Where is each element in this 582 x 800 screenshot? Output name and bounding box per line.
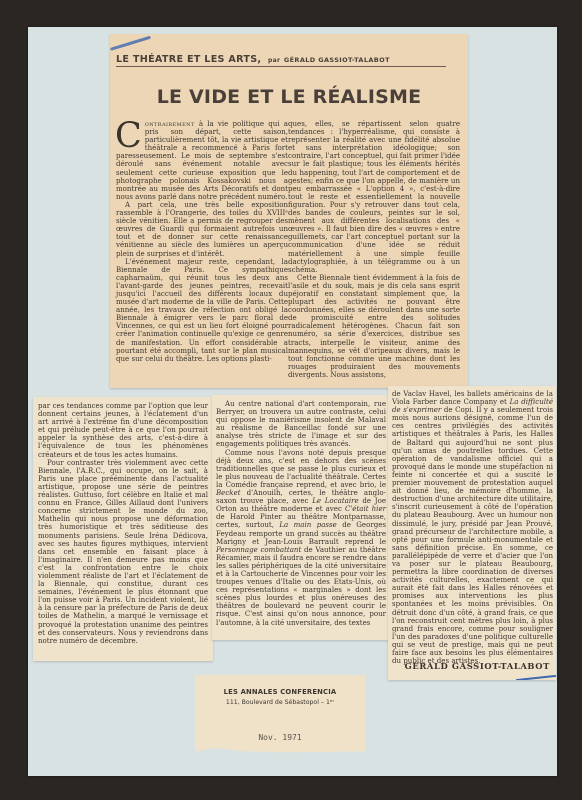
article-column-2: ques, elles, se répartissent selon quatr… <box>288 120 460 379</box>
text-run: de Copi. Il y a seulement trois mois nou… <box>392 405 553 665</box>
publication-name: LES ANNALES CONFERENCIA <box>202 687 358 696</box>
paragraph: A part cela, une très belle exposition r… <box>116 201 288 258</box>
article-clipping-bottom-left: par ces tendances comme par l'option que… <box>33 397 213 661</box>
article-column-5: de Vaclav Havel, les ballets américains … <box>392 390 553 665</box>
publication-date: Nov. 1971 <box>195 733 365 742</box>
paragraph: Cette Biennale tient évidemment à la foi… <box>288 274 460 379</box>
paragraph: Comme nous l'avons noté depuis presque d… <box>216 449 386 627</box>
section-title: LE THÉATRE ET LES ARTS, <box>116 54 261 65</box>
article-headline: LE VIDE ET LE RÉALISME <box>110 86 468 108</box>
paragraph: par ces tendances comme par l'option que… <box>38 402 208 459</box>
paragraph: ques, elles, se répartissent selon quatr… <box>288 120 460 274</box>
paragraph: Au centre national d'art contemporain, r… <box>216 400 386 449</box>
paragraph: L'événement majeur reste, cependant, la … <box>116 258 288 363</box>
source-clipping: LES ANNALES CONFERENCIA 111, Boulevard d… <box>195 675 365 758</box>
article-clipping-bottom-right: de Vaclav Havel, les ballets américains … <box>388 386 556 680</box>
byline-prefix: par <box>268 57 280 64</box>
paragraph: Contrairement à la vie politique qui a p… <box>116 120 288 201</box>
article-clipping-top: LE THÉATRE ET LES ARTS, par GÉRALD GASSI… <box>110 34 468 388</box>
article-column-1: Contrairement à la vie politique qui a p… <box>116 120 288 363</box>
text-run: Comme nous l'avons noté depuis presque d… <box>216 448 386 489</box>
section-header: LE THÉATRE ET LES ARTS, par GÉRALD GASSI… <box>116 54 446 67</box>
publication-address: 111, Boulevard de Sébastopol – 1ᵉʳ <box>195 699 365 706</box>
blue-pen-mark <box>516 675 556 680</box>
byline-author: GÉRALD GASSIOT-TALABOT <box>284 56 390 64</box>
drop-cap: C <box>115 121 142 151</box>
author-signature: GÉRALD GASSIOT-TALABOT <box>405 661 550 671</box>
paragraph-text: à la vie politique qui a pris son départ… <box>116 119 288 201</box>
paragraph: de Vaclav Havel, les ballets américains … <box>392 390 553 665</box>
article-column-3: par ces tendances comme par l'option que… <box>38 402 208 645</box>
paragraph: Pour contraster très violemment avec cet… <box>38 459 208 645</box>
text-run: de Vauthier au théâtre Récamier, mais il… <box>216 545 386 627</box>
article-column-4: Au centre national d'art contemporain, r… <box>216 400 386 627</box>
article-clipping-bottom-middle: Au centre national d'art contemporain, r… <box>212 395 389 640</box>
